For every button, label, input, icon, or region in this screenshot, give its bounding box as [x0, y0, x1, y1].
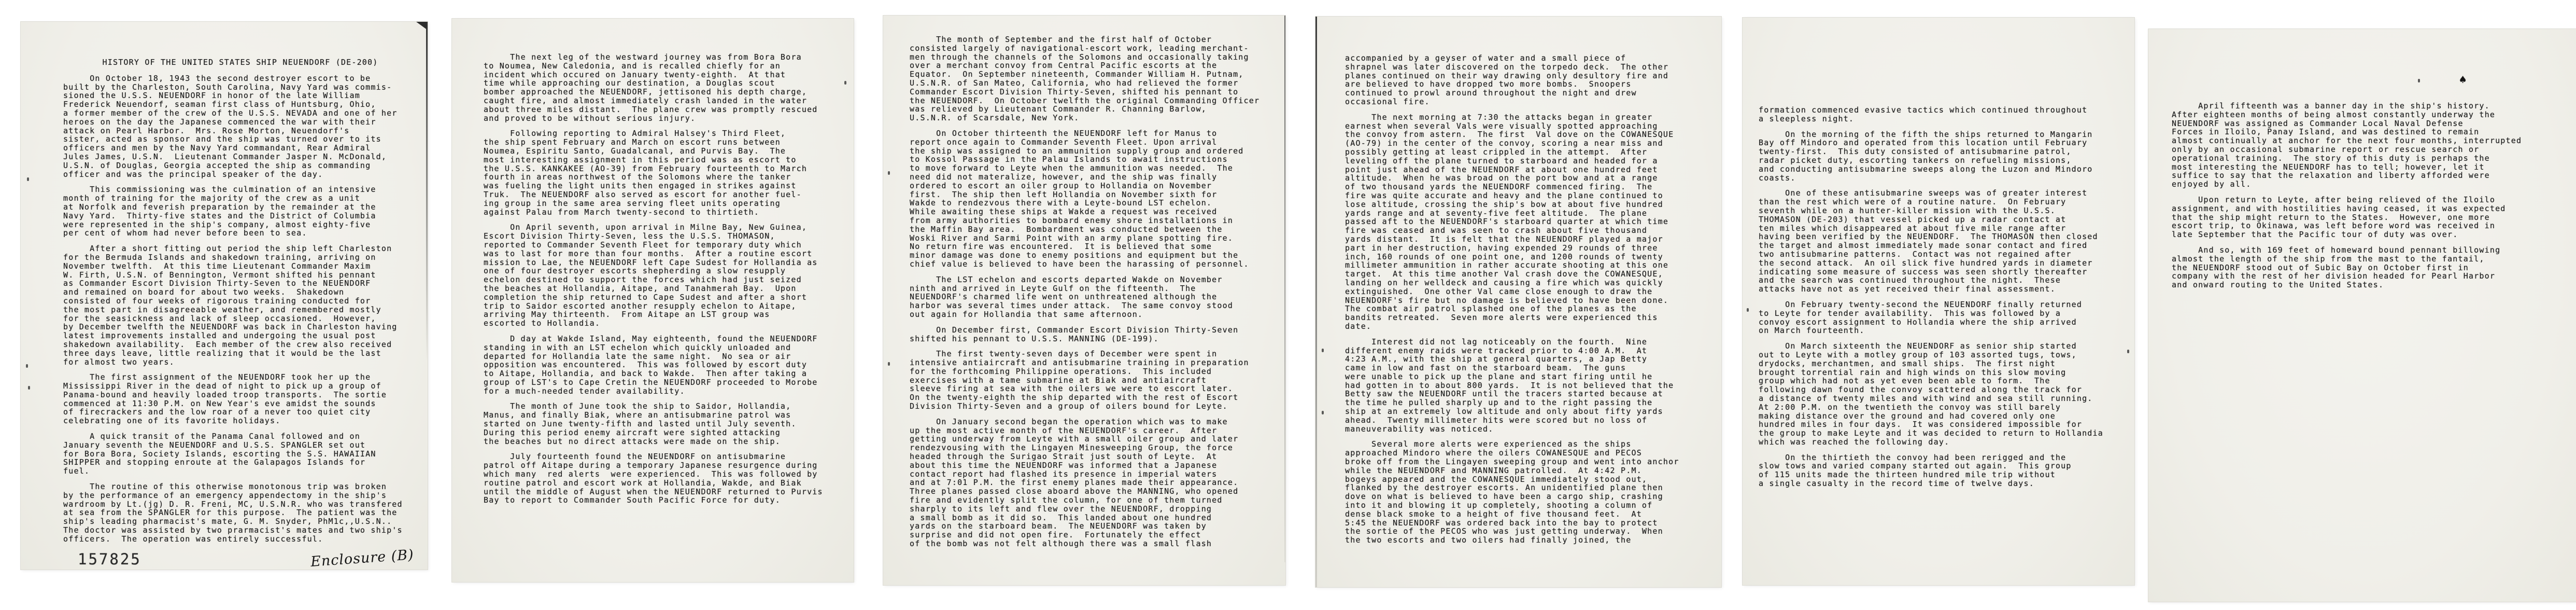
- paragraph: July fourteenth found the NEUENDORF on a…: [484, 452, 843, 505]
- paragraph: The routine of this otherwise monotonous…: [63, 482, 417, 544]
- paragraph: Following reporting to Admiral Halsey's …: [484, 129, 843, 216]
- scanned-page-6: April fifteenth was a banner day in the …: [2148, 29, 2576, 602]
- scanned-page-2: The next leg of the westward journey was…: [452, 19, 854, 582]
- scan-edge-artifact: [1315, 17, 1317, 587]
- paragraph: The month of September and the first hal…: [910, 35, 1275, 122]
- scanned-page-5: formation commenced evasive tactics whic…: [1743, 18, 2134, 585]
- scan-edge-artifact: [426, 22, 428, 362]
- paragraph: After a short fitting out period the shi…: [63, 244, 417, 366]
- paragraph: April fifteenth was a banner day in the …: [2172, 102, 2545, 189]
- ink-speck: [2418, 79, 2420, 82]
- ink-speck: [2127, 350, 2129, 353]
- ink-speck: [888, 171, 890, 175]
- page-title: HISTORY OF THE UNITED STATES SHIP NEUEND…: [63, 58, 417, 67]
- scanned-page-3: The month of September and the first hal…: [883, 16, 1285, 585]
- paragraph: A quick transit of the Panama Canal foll…: [63, 432, 417, 476]
- paragraph: Several more alerts were experienced as …: [1345, 440, 1711, 545]
- ink-speck: [1322, 349, 1324, 352]
- paragraph: formation commenced evasive tactics whic…: [1759, 106, 2124, 123]
- paragraph: One of these antisubmarine sweeps was of…: [1759, 189, 2124, 294]
- serial-number-stamp: 157825: [78, 550, 141, 568]
- paragraph: D day at Wakde Island, May eighteenth, f…: [484, 335, 843, 396]
- paragraph: On the thirtieth the convoy had been rer…: [1759, 453, 2124, 488]
- paragraph: The first twenty-seven days of December …: [910, 350, 1275, 411]
- paragraph: On December first, Commander Escort Divi…: [910, 326, 1275, 343]
- scan-edge-artifact: [1284, 16, 1285, 562]
- paragraph: The next leg of the westward journey was…: [484, 53, 843, 122]
- ink-speck: [888, 362, 890, 366]
- paragraph: accompanied by a geyser of water and a s…: [1345, 54, 1711, 106]
- handwritten-enclosure-note: Enclosure (B): [310, 547, 414, 570]
- paragraph: Upon return to Leyte, after being reliev…: [2172, 196, 2545, 239]
- paragraph: On April seventh, upon arrival in Milne …: [484, 223, 843, 328]
- document-scan-board: HISTORY OF THE UNITED STATES SHIP NEUEND…: [0, 0, 2576, 610]
- paragraph: And so, with 169 feet of homeward bound …: [2172, 246, 2545, 289]
- ink-blot-mark: ♠: [2459, 75, 2466, 86]
- paragraph: The next morning at 7:30 the attacks beg…: [1345, 113, 1711, 331]
- paragraph: On January second began the operation wh…: [910, 418, 1275, 548]
- ink-speck: [844, 81, 846, 85]
- paragraph: On October thirteenth the NEUENDORF left…: [910, 129, 1275, 269]
- paragraph: Interest did not lag noticeably on the f…: [1345, 338, 1711, 434]
- paragraph: On October 18, 1943 the second destroyer…: [63, 74, 417, 179]
- ink-speck: [1747, 308, 1749, 312]
- paragraph: On the morning of the fifth the ships re…: [1759, 130, 2124, 183]
- paragraph: On February twenty-second the NEUENDORF …: [1759, 300, 2124, 335]
- scanned-page-4: accompanied by a geyser of water and a s…: [1315, 17, 1721, 587]
- paragraph: The first assignment of the NEUENDORF to…: [63, 373, 417, 425]
- ink-speck: [28, 386, 30, 390]
- paragraph: The month of June took the ship to Saido…: [484, 402, 843, 446]
- scanned-page-1: HISTORY OF THE UNITED STATES SHIP NEUEND…: [21, 22, 428, 570]
- paragraph: The LST echelon and escorts departed Wak…: [910, 275, 1275, 319]
- ink-speck: [26, 364, 28, 368]
- paragraph: This commissioning was the culmination o…: [63, 185, 417, 238]
- ink-speck: [1322, 411, 1324, 414]
- paragraph: On March sixteenth the NEUENDORF as seni…: [1759, 342, 2124, 447]
- ink-speck: [27, 177, 29, 181]
